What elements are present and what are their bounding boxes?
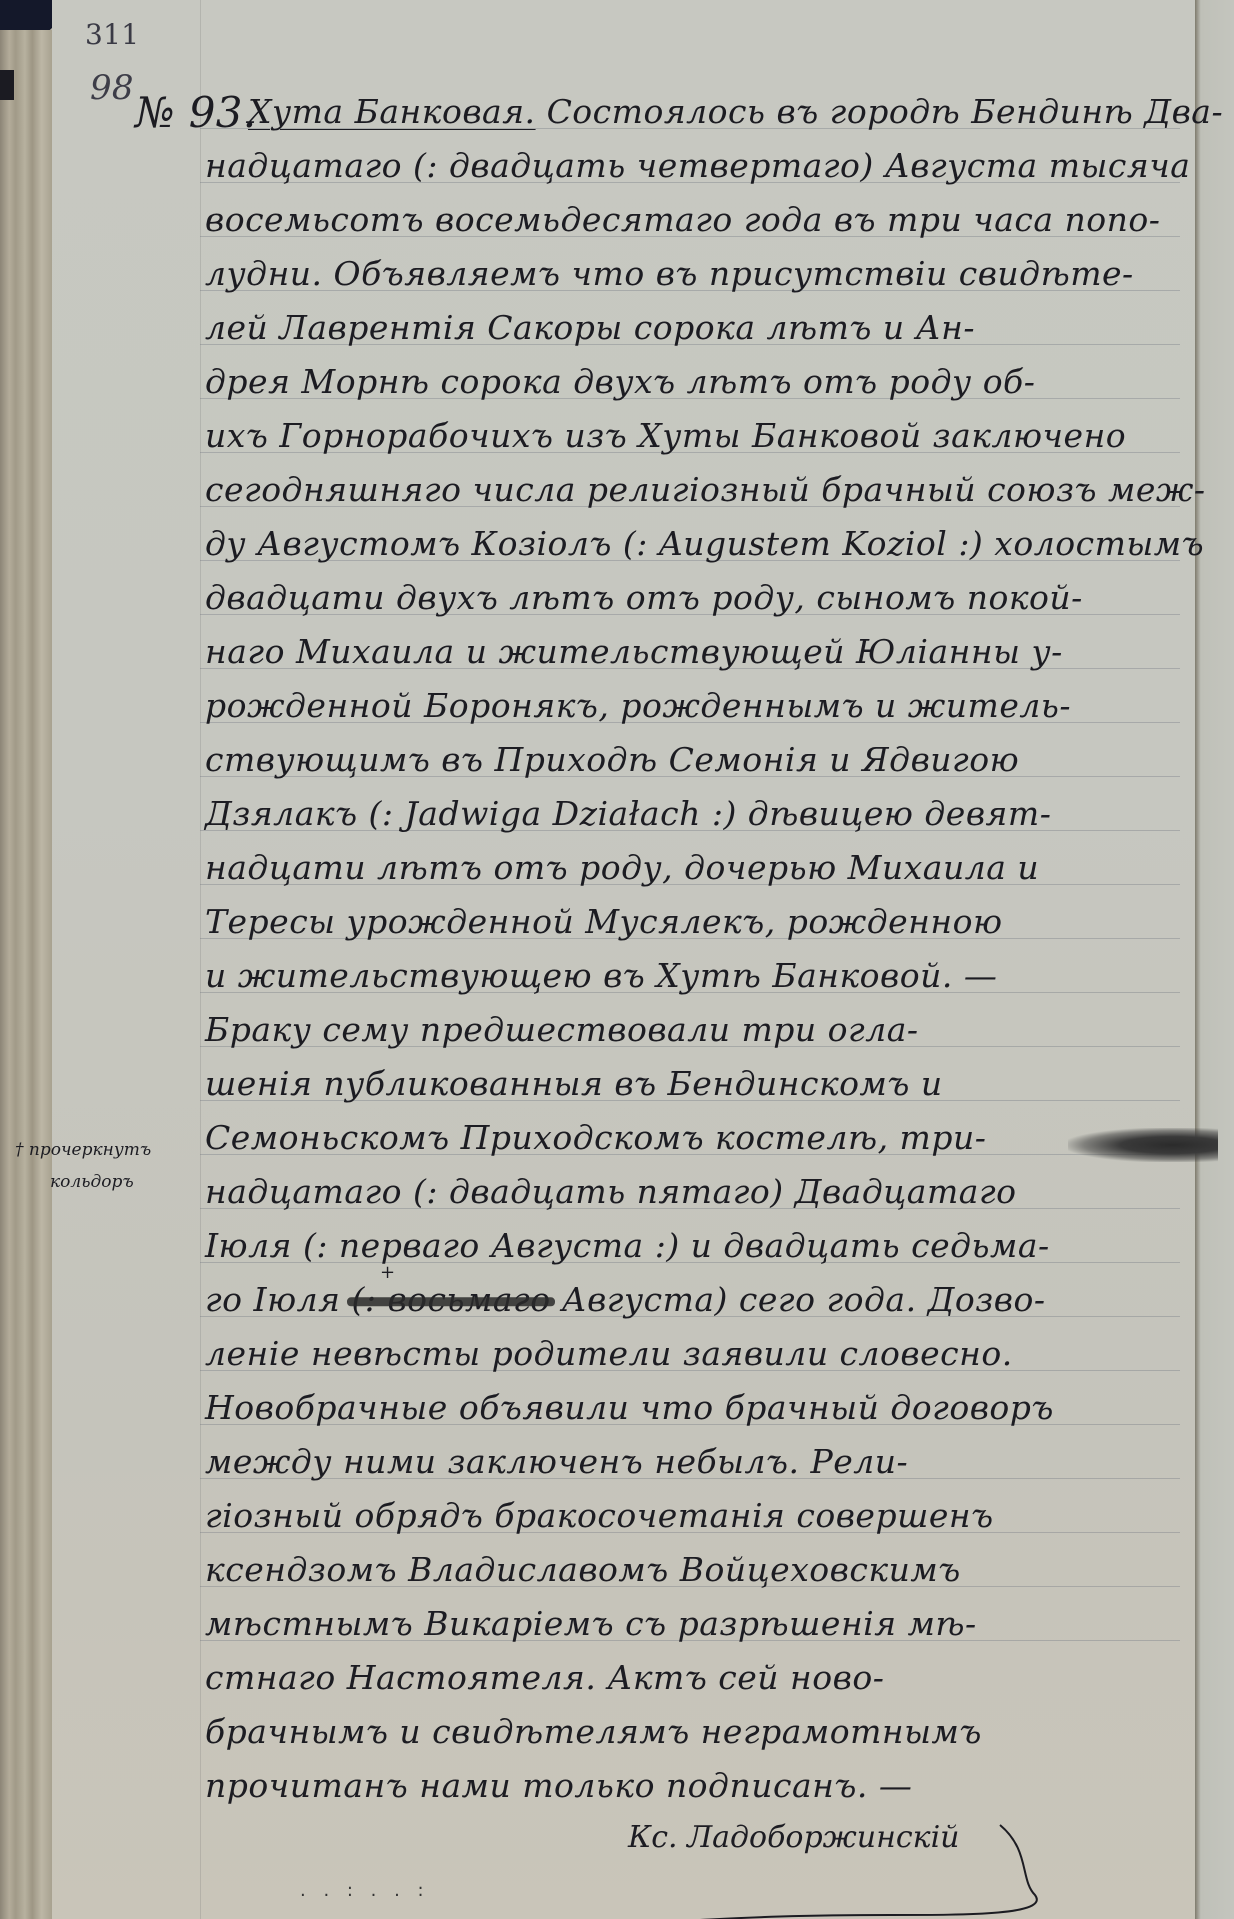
entry-line-19: шенія публикованныя въ Бендинскомъ и [205, 1064, 943, 1104]
entry-line-24: леніе невѣсты родители заявили словесно. [205, 1334, 1013, 1374]
entry-line-8: сегодняшняго числа религіозный брачный с… [205, 470, 1206, 510]
entry-line-32: прочитанъ нами только подписанъ. — [205, 1766, 912, 1806]
entry-line-25: Новобрачные объявили что брачный договор… [205, 1388, 1054, 1428]
entry-line-3: восемьсотъ восемьдесятаго года въ три ча… [205, 200, 1160, 240]
entry-line-15: надцати лѣтъ отъ роду, дочерью Михаила и [205, 848, 1039, 888]
entry-line-10: двадцати двухъ лѣтъ отъ роду, сыномъ пок… [205, 578, 1083, 618]
entry-line-21: надцатаго (: двадцать пятаго) Двадцатаго [205, 1172, 1016, 1212]
entry-line-11: наго Михаила и жительствующей Юліанны у- [205, 632, 1063, 672]
entry-line-26: между ними заключенъ небылъ. Рели- [205, 1442, 908, 1482]
entry-line-28: ксендзомъ Владиславомъ Войцеховскимъ [205, 1550, 961, 1590]
village-heading: Хута Банковая. [248, 92, 536, 131]
entry-line-29: мѣстнымъ Викаріемъ съ разрѣшенія мѣ- [205, 1604, 977, 1644]
page-number: 311 [85, 18, 139, 51]
scanned-register-page: 311 98 № 93. Хута Банковая. Состоялось в… [0, 0, 1234, 1919]
signature-flourish [640, 1820, 1060, 1919]
entry-line-5: лей Лаврентія Сакоры сорока лѣтъ и Ан- [205, 308, 975, 348]
entry-line-20: Семоньскомъ Приходскомъ костелѣ, три- [205, 1118, 986, 1158]
line-text: го Іюля [205, 1280, 340, 1319]
entry-line-22: Іюля (: перваго Августа :) и двадцать се… [205, 1226, 1050, 1266]
entry-line-4: лудни. Объявляемъ что въ присутствіи сви… [205, 254, 1134, 294]
entry-line-18: Браку сему предшествовали три огла- [205, 1010, 919, 1050]
entry-number: № 93. [135, 88, 256, 137]
entry-line-1: Хута Банковая. Состоялось въ городѣ Бенд… [248, 92, 1223, 132]
margin-note-line-2: кольдоръ [50, 1172, 134, 1192]
correction-mark: + [380, 1262, 395, 1283]
faint-dots: . . : . . : [300, 1880, 430, 1901]
ink-blot [1068, 1128, 1218, 1162]
line-text-after: Августа) сего года. Дозво- [562, 1280, 1046, 1319]
entry-line-31: брачнымъ и свидѣтелямъ неграмотнымъ [205, 1712, 982, 1752]
page-right-edge [1195, 0, 1234, 1919]
entry-line-13: ствующимъ въ Приходѣ Семонія и Ядвигою [205, 740, 1019, 780]
entry-line-9: ду Августомъ Козіолъ (: Augustem Koziol … [205, 524, 1204, 564]
entry-line-30: стнаго Настоятеля. Актъ сей ново- [205, 1658, 884, 1698]
margin-line [200, 0, 201, 1919]
entry-line-17: и жительствующею въ Хутѣ Банковой. — [205, 956, 997, 996]
entry-line-2: надцатаго (: двадцать четвертаго) Август… [205, 146, 1190, 186]
struck-out-text: (: восьмаго [351, 1280, 550, 1320]
entry-line-6: дрея Морнѣ сорока двухъ лѣтъ отъ роду об… [205, 362, 1035, 402]
entry-line-23: го Іюля (: восьмаго Августа) сего года. … [205, 1280, 1046, 1320]
entry-line-14: Дзялакъ (: Jadwiga Działach :) дѣвицею д… [205, 794, 1051, 834]
entry-line-27: гіозный обрядъ бракосочетанія совершенъ [205, 1496, 994, 1536]
line-text: Состоялось въ городѣ Бендинѣ Два- [547, 92, 1224, 131]
entry-line-7: ихъ Горнорабочихъ изъ Хуты Банковой закл… [205, 416, 1126, 456]
entry-old-number: 98 [90, 68, 134, 108]
spine-tab [0, 70, 14, 100]
book-spine [0, 30, 52, 1919]
entry-line-12: рожденной Боронякъ, рожденнымъ и житель- [205, 686, 1071, 726]
entry-line-16: Тересы урожденной Мусялекъ, рожденною [205, 902, 1003, 942]
margin-note-line-1: † прочеркнутъ [15, 1140, 151, 1160]
